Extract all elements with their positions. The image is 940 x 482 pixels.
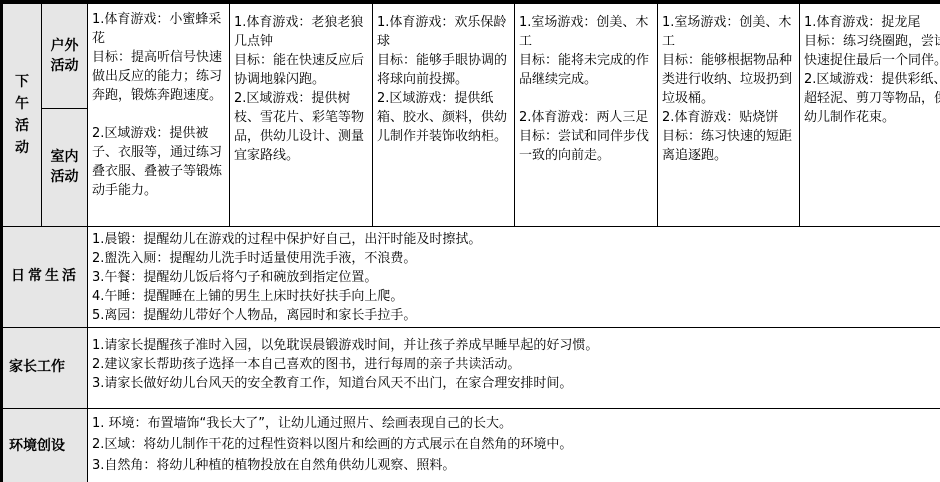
env-content: 1. 环境：布置墙饰“我长大了”，让幼儿通过照片、绘画表现自己的长大。 2.区域… [88, 408, 940, 482]
env-label: 环境创设 [9, 438, 65, 454]
day-cell-4: 1.室场游戏：创美、木工 目标：能将未完成的作品继续完成。 2.体育游戏：两人三… [515, 2, 658, 226]
env-row: 环境创设 1. 环境：布置墙饰“我长大了”，让幼儿通过照片、绘画表现自己的长大。… [2, 408, 940, 482]
parent-row: 家长工作 1.请家长提醒孩子准时入园，以免耽误晨锻游戏时间，并让孩子养成早睡早起… [2, 327, 940, 408]
daily-content: 1.晨锻：提醒幼儿在游戏的过程中保护好自己，出汗时能及时擦拭。 2.盥洗入厕：提… [88, 226, 940, 327]
env-header: 环境创设 [2, 408, 88, 482]
outdoor-label: 户外活动 [49, 36, 81, 76]
daily-item: 2.盥洗入厕：提醒幼儿洗手时适量使用洗手液，不浪费。 [92, 249, 940, 268]
day-text-6: 1.体育游戏：捉龙尾 目标：练习绕圈跑，尝试快速捉住最后一个同伴。 2.区域游戏… [800, 4, 940, 127]
weekly-plan-table: 下午活动 户外活动 1.体育游戏：小蜜蜂采花 目标：提高听信号快速做出反应的能力… [0, 0, 940, 482]
parent-label: 家长工作 [9, 359, 65, 375]
day-cell-2: 1.体育游戏：老狼老狼几点钟 目标：能在快速反应后协调地躲闪跑。 2.区域游戏：… [230, 2, 373, 226]
day-text-4: 1.室场游戏：创美、木工 目标：能将未完成的作品继续完成。 2.体育游戏：两人三… [515, 4, 657, 165]
day-cell-6: 1.体育游戏：捉龙尾 目标：练习绕圈跑，尝试快速捉住最后一个同伴。 2.区域游戏… [800, 2, 940, 226]
parent-content: 1.请家长提醒孩子准时入园，以免耽误晨锻游戏时间，并让孩子养成早睡早起的好习惯。… [88, 327, 940, 408]
parent-item: 1.请家长提醒孩子准时入园，以免耽误晨锻游戏时间，并让孩子养成早睡早起的好习惯。 [92, 336, 940, 355]
daily-label: 日常生活 [11, 268, 79, 284]
parent-item: 2.建议家长帮助孩子选择一本自己喜欢的图书，进行每周的亲子共读活动。 [92, 355, 940, 374]
env-item: 2.区域：将幼儿制作干花的过程性资料以图片和绘画的方式展示在自然角的环境中。 [92, 434, 940, 455]
day-cell-3: 1.体育游戏：欢乐保龄球 目标：能够手眼协调的将球向前投掷。 2.区域游戏：提供… [373, 2, 515, 226]
daily-item: 4.午睡：提醒睡在上铺的男生上床时扶好扶手向上爬。 [92, 287, 940, 306]
afternoon-outdoor-row: 下午活动 户外活动 1.体育游戏：小蜜蜂采花 目标：提高听信号快速做出反应的能力… [2, 2, 940, 108]
parent-header: 家长工作 [2, 327, 88, 408]
daily-item: 1.晨锻：提醒幼儿在游戏的过程中保护好自己，出汗时能及时擦拭。 [92, 230, 940, 249]
day-text-1: 1.体育游戏：小蜜蜂采花 目标：提高听信号快速做出反应的能力；练习奔跑，锻炼奔跑… [88, 4, 229, 200]
afternoon-label: 下午活动 [14, 71, 30, 159]
indoor-label: 室内活动 [49, 147, 81, 187]
day-cell-5: 1.室场游戏：创美、木工 目标：能够根据物品种类进行收纳、垃圾扔到垃圾桶。 2.… [658, 2, 800, 226]
day-text-3: 1.体育游戏：欢乐保龄球 目标：能够手眼协调的将球向前投掷。 2.区域游戏：提供… [373, 4, 514, 146]
outdoor-header: 户外活动 [42, 2, 88, 108]
env-item: 1. 环境：布置墙饰“我长大了”，让幼儿通过照片、绘画表现自己的长大。 [92, 413, 940, 434]
daily-header: 日常生活 [2, 226, 88, 327]
day-text-2: 1.体育游戏：老狼老狼几点钟 目标：能在快速反应后协调地躲闪跑。 2.区域游戏：… [230, 4, 372, 165]
daily-row: 日常生活 1.晨锻：提醒幼儿在游戏的过程中保护好自己，出汗时能及时擦拭。 2.盥… [2, 226, 940, 327]
env-item: 3.自然角：将幼儿种植的植物投放在自然角供幼儿观察、照料。 [92, 455, 940, 476]
indoor-header: 室内活动 [42, 108, 88, 226]
day-cell-1: 1.体育游戏：小蜜蜂采花 目标：提高听信号快速做出反应的能力；练习奔跑，锻炼奔跑… [88, 2, 230, 226]
day-text-5: 1.室场游戏：创美、木工 目标：能够根据物品种类进行收纳、垃圾扔到垃圾桶。 2.… [658, 4, 799, 165]
parent-item: 3.请家长做好幼儿台风天的安全教育工作，知道台风天不出门，在家合理安排时间。 [92, 374, 940, 393]
afternoon-header: 下午活动 [2, 2, 42, 226]
daily-item: 5.离园：提醒幼儿带好个人物品，离园时和家长手拉手。 [92, 306, 940, 325]
daily-item: 3.午餐：提醒幼儿饭后将勺子和碗放到指定位置。 [92, 268, 940, 287]
